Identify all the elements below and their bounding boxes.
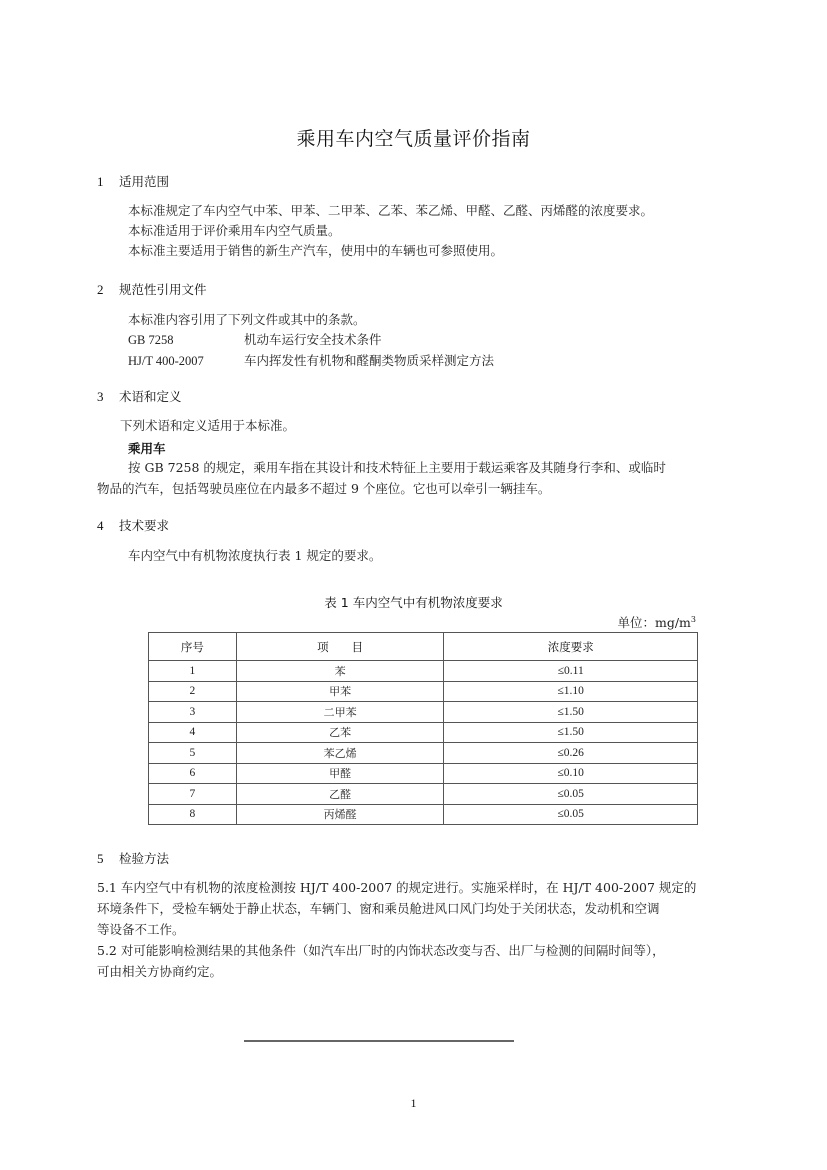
table-header-row: 序号 项 目 浓度要求	[149, 633, 698, 661]
reference-code: HJ/T 400-2007	[128, 351, 244, 371]
table-row: 7 乙醛 ≤0.05	[149, 784, 698, 805]
header-cell: 序号	[149, 633, 237, 661]
unit-superscript: 3	[691, 615, 696, 624]
paragraph: 等设备不工作。	[97, 920, 185, 940]
section-title: 检验方法	[119, 851, 169, 866]
reference-item: GB 7258机动车运行安全技术条件	[128, 330, 382, 350]
reference-item: HJ/T 400-2007车内挥发性有机物和醛酮类物质采样测定方法	[128, 351, 494, 371]
cell-index: 8	[149, 804, 237, 825]
cell-item: 乙苯	[236, 722, 444, 743]
section-5-heading: 5检验方法	[97, 849, 169, 867]
section-number: 4	[97, 518, 119, 534]
reference-code: GB 7258	[128, 330, 244, 350]
cell-limit: ≤0.05	[444, 804, 698, 825]
section-4-heading: 4技术要求	[97, 516, 169, 534]
paragraph: 本标准内容引用了下列文件或其中的条款。	[128, 310, 366, 330]
section-title: 适用范围	[119, 174, 169, 189]
cell-index: 7	[149, 784, 237, 805]
section-3-heading: 3术语和定义	[97, 387, 182, 405]
cell-limit: ≤1.10	[444, 681, 698, 702]
end-rule-divider	[244, 1040, 514, 1042]
section-title: 规范性引用文件	[119, 282, 207, 297]
paragraph: 本标准规定了车内空气中苯、甲苯、二甲苯、乙苯、苯乙烯、甲醛、乙醛、丙烯醛的浓度要…	[128, 201, 653, 221]
cell-limit: ≤0.11	[444, 661, 698, 682]
document-page: 乘用车内空气质量评价指南 1适用范围 本标准规定了车内空气中苯、甲苯、二甲苯、乙…	[0, 0, 827, 1170]
cell-limit: ≤0.10	[444, 763, 698, 784]
table-row: 8 丙烯醛 ≤0.05	[149, 804, 698, 825]
section-number: 1	[97, 174, 119, 190]
unit-label: 单位：mg/m	[617, 615, 690, 630]
paragraph: 5.1 车内空气中有机物的浓度检测按 HJ/T 400-2007 的规定进行。实…	[97, 878, 696, 898]
table-row: 6 甲醛 ≤0.10	[149, 763, 698, 784]
cell-item: 苯乙烯	[236, 743, 444, 764]
cell-item: 丙烯醛	[236, 804, 444, 825]
section-number: 3	[97, 389, 119, 405]
section-title: 术语和定义	[119, 389, 182, 404]
cell-limit: ≤0.05	[444, 784, 698, 805]
document-title: 乘用车内空气质量评价指南	[0, 124, 827, 151]
table-caption: 表 1 车内空气中有机物浓度要求	[0, 593, 827, 611]
cell-limit: ≤1.50	[444, 722, 698, 743]
cell-item: 二甲苯	[236, 702, 444, 723]
cell-index: 2	[149, 681, 237, 702]
paragraph: 本标准适用于评价乘用车内空气质量。	[128, 221, 341, 241]
term-heading: 乘用车	[128, 439, 166, 457]
cell-index: 1	[149, 661, 237, 682]
page-number: 1	[0, 1096, 827, 1111]
cell-index: 5	[149, 743, 237, 764]
cell-item: 甲醛	[236, 763, 444, 784]
reference-title: 机动车运行安全技术条件	[244, 332, 382, 347]
table-row: 4 乙苯 ≤1.50	[149, 722, 698, 743]
header-cell: 项 目	[236, 633, 444, 661]
paragraph: 按 GB 7258 的规定，乘用车指在其设计和技术特征上主要用于载运乘客及其随身…	[128, 458, 666, 478]
table-row: 3 二甲苯 ≤1.50	[149, 702, 698, 723]
concentration-table: 序号 项 目 浓度要求 1 苯 ≤0.11 2 甲苯 ≤1.10 3 二甲苯 ≤…	[148, 632, 698, 825]
reference-title: 车内挥发性有机物和醛酮类物质采样测定方法	[244, 353, 494, 368]
header-cell: 浓度要求	[444, 633, 698, 661]
section-number: 2	[97, 282, 119, 298]
paragraph: 环境条件下，受检车辆处于静止状态，车辆门、窗和乘员舱进风口风门均处于关闭状态，发…	[97, 899, 660, 919]
paragraph: 车内空气中有机物浓度执行表 1 规定的要求。	[128, 546, 381, 566]
table-unit: 单位：mg/m3	[560, 613, 696, 631]
table-row: 5 苯乙烯 ≤0.26	[149, 743, 698, 764]
paragraph: 5.2 对可能影响检测结果的其他条件（如汽车出厂时的内饰状态改变与否、出厂与检测…	[97, 941, 665, 961]
cell-index: 6	[149, 763, 237, 784]
paragraph: 可由相关方协商约定。	[97, 962, 222, 982]
paragraph: 物品的汽车，包括驾驶员座位在内最多不超过 9 个座位。它也可以牵引一辆挂车。	[97, 479, 550, 499]
paragraph: 下列术语和定义适用于本标准。	[120, 416, 295, 436]
cell-item: 苯	[236, 661, 444, 682]
cell-limit: ≤0.26	[444, 743, 698, 764]
cell-index: 3	[149, 702, 237, 723]
cell-index: 4	[149, 722, 237, 743]
table-row: 2 甲苯 ≤1.10	[149, 681, 698, 702]
section-number: 5	[97, 851, 119, 867]
section-2-heading: 2规范性引用文件	[97, 280, 207, 298]
section-1-heading: 1适用范围	[97, 172, 169, 190]
paragraph: 本标准主要适用于销售的新生产汽车，使用中的车辆也可参照使用。	[128, 241, 503, 261]
section-title: 技术要求	[119, 518, 169, 533]
cell-item: 甲苯	[236, 681, 444, 702]
cell-item: 乙醛	[236, 784, 444, 805]
cell-limit: ≤1.50	[444, 702, 698, 723]
table-row: 1 苯 ≤0.11	[149, 661, 698, 682]
